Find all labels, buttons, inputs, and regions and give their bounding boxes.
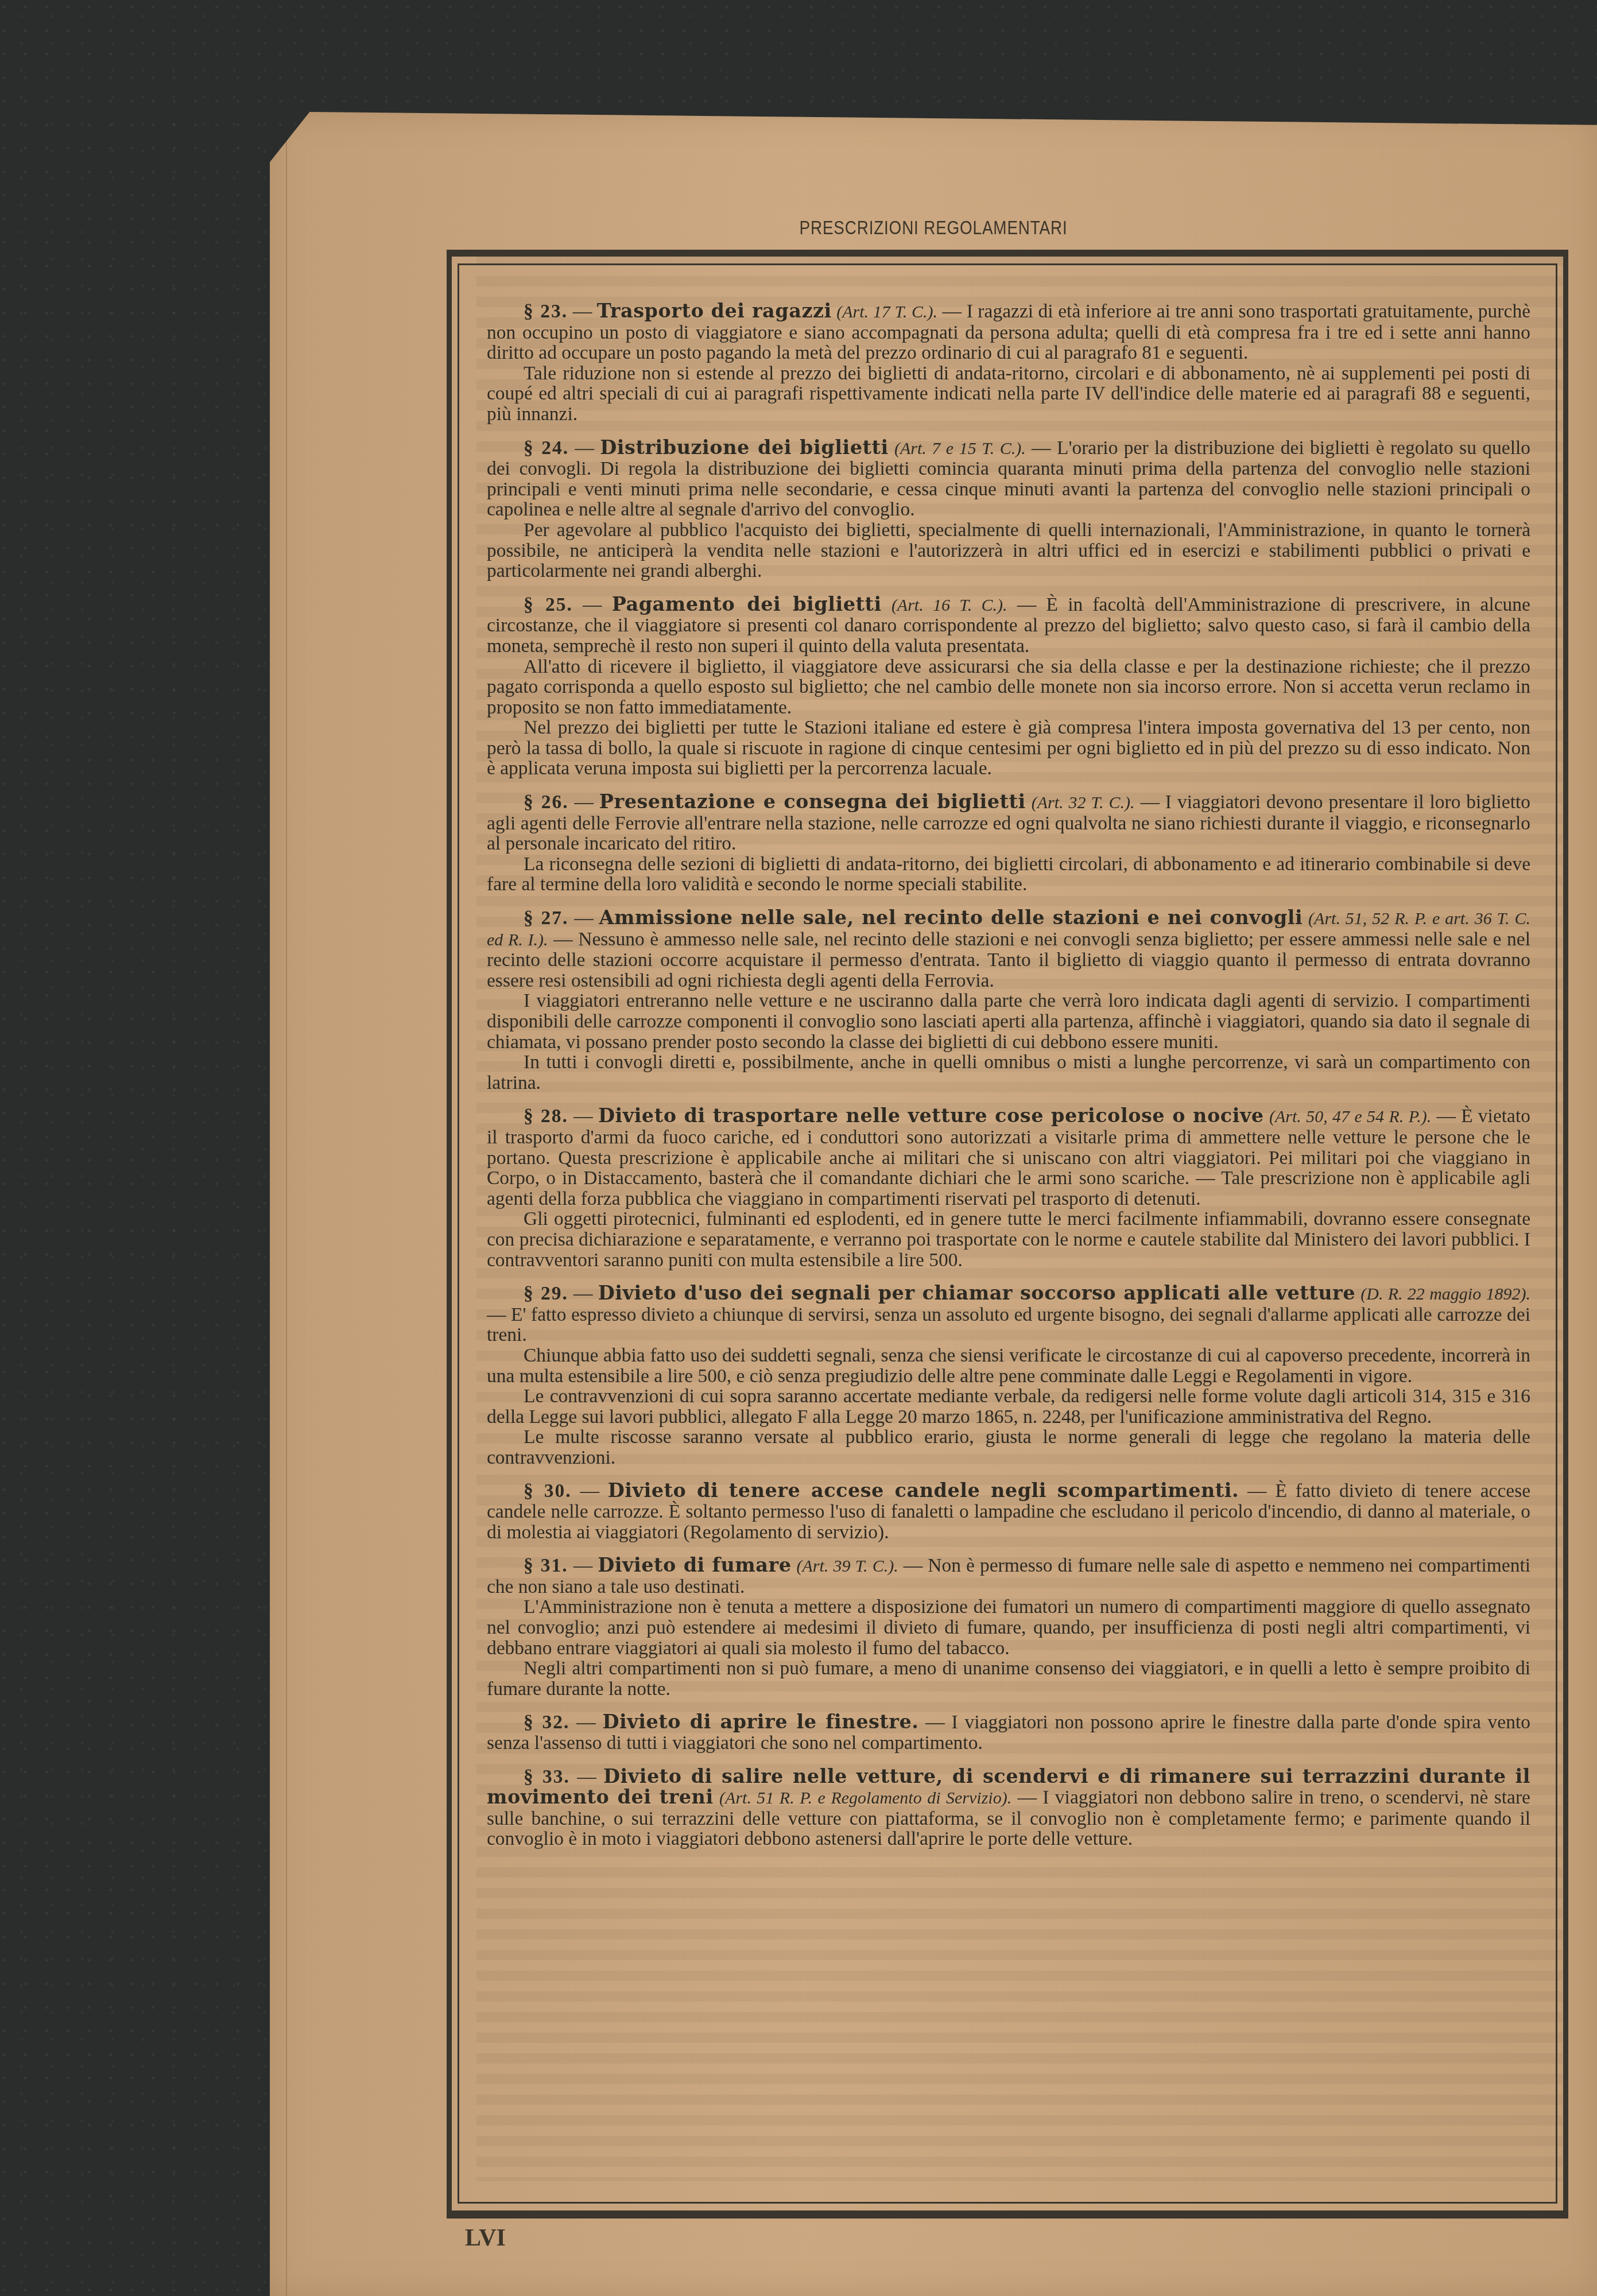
regulation-section: § 29. — Divieto d'uso dei segnali per ch… xyxy=(487,1283,1530,1468)
section-paragraph: I viaggiatori entreranno nelle vetture e… xyxy=(487,991,1530,1052)
section-number: § 24. xyxy=(524,437,569,459)
paragraph-text: I viaggiatori entreranno nelle vetture e… xyxy=(487,990,1530,1052)
regulation-section: § 26. — Presentazione e consegna dei big… xyxy=(487,792,1530,895)
section-number: § 25. xyxy=(524,594,573,615)
document-page: PRESCRIZIONI REGOLAMENTARI § 23. — Trasp… xyxy=(270,112,1597,2296)
section-lead-paragraph: § 32. — Divieto di aprire le finestre. —… xyxy=(487,1712,1530,1753)
section-title: Pagamento dei biglietti xyxy=(612,593,882,615)
section-number: § 27. xyxy=(524,907,568,929)
paragraph-text: La riconsegna delle sezioni di biglietti… xyxy=(487,854,1530,895)
page-number: LVI xyxy=(465,2224,506,2252)
regulation-section: § 32. — Divieto di aprire le finestre. —… xyxy=(487,1712,1530,1753)
section-paragraph: Chiunque abbia fatto uso dei suddetti se… xyxy=(487,1345,1530,1386)
section-citation: (Art. 51 R. P. e Regolamento di Servizio… xyxy=(719,1789,1011,1808)
section-title: Trasporto dei ragazzi xyxy=(597,300,832,322)
section-paragraph: Per agevolare al pubblico l'acquisto dei… xyxy=(487,520,1530,581)
section-citation: (Art. 7 e 15 T. C.). xyxy=(894,439,1026,458)
section-number: § 30. xyxy=(524,1480,572,1502)
section-paragraph: Nel prezzo dei biglietti per tutte le St… xyxy=(487,717,1530,779)
section-paragraph: In tutti i convogli diretti e, possibilm… xyxy=(487,1052,1530,1093)
paragraph-text: Tale riduzione non si estende al prezzo … xyxy=(487,363,1530,425)
section-paragraph: Negli altri compartimenti non si può fum… xyxy=(487,1658,1530,1699)
section-title: Divieto di tenere accese candele negli s… xyxy=(608,1479,1239,1502)
section-title: Divieto di aprire le finestre. xyxy=(603,1711,919,1733)
paragraph-text: All'atto di ricevere il biglietto, il vi… xyxy=(487,656,1530,718)
section-lead-paragraph: § 31. — Divieto di fumare (Art. 39 T. C.… xyxy=(487,1555,1530,1597)
section-paragraph: L'Amministrazione non è tenuta a mettere… xyxy=(487,1597,1530,1658)
paragraph-text: Chiunque abbia fatto uso dei suddetti se… xyxy=(487,1345,1530,1387)
regulation-section: § 33. — Divieto di salire nelle vetture,… xyxy=(487,1766,1530,1849)
regulation-section: § 25. — Pagamento dei biglietti (Art. 16… xyxy=(487,594,1530,779)
section-number: § 29. xyxy=(524,1283,568,1304)
section-lead-paragraph: § 28. — Divieto di trasportare nelle vet… xyxy=(487,1106,1530,1209)
section-number: § 32. xyxy=(524,1712,569,1733)
section-lead-paragraph: § 26. — Presentazione e consegna dei big… xyxy=(487,792,1530,854)
section-citation: (D. R. 22 maggio 1892). xyxy=(1360,1285,1530,1304)
section-title: Ammissione nelle sale, nel recinto delle… xyxy=(599,906,1303,929)
regulation-section: § 24. — Distribuzione dei biglietti (Art… xyxy=(487,437,1530,581)
text-frame-inner-rule: § 23. — Trasporto dei ragazzi (Art. 17 T… xyxy=(458,263,1557,2204)
section-lead-paragraph: § 30. — Divieto di tenere accese candele… xyxy=(487,1480,1530,1542)
paragraph-text: Le multe riscosse saranno versate al pub… xyxy=(487,1426,1530,1468)
section-citation: (Art. 50, 47 e 54 R. P.). xyxy=(1269,1107,1431,1126)
section-number: § 23. xyxy=(524,301,568,322)
section-lead-paragraph: § 33. — Divieto di salire nelle vetture,… xyxy=(487,1766,1530,1849)
regulation-section: § 28. — Divieto di trasportare nelle vet… xyxy=(487,1106,1530,1270)
section-lead-paragraph: § 24. — Distribuzione dei biglietti (Art… xyxy=(487,437,1530,520)
paragraph-text: E' fatto espresso divieto a chiunque di … xyxy=(487,1304,1530,1346)
regulation-section: § 27. — Ammissione nelle sale, nel recin… xyxy=(487,907,1530,1093)
regulation-section: § 31. — Divieto di fumare (Art. 39 T. C.… xyxy=(487,1555,1530,1699)
paragraph-text: L'Amministrazione non è tenuta a mettere… xyxy=(487,1596,1530,1658)
paragraph-text: Gli oggetti pirotecnici, fulminanti ed e… xyxy=(487,1208,1530,1270)
section-lead-paragraph: § 23. — Trasporto dei ragazzi (Art. 17 T… xyxy=(487,301,1530,363)
running-head: PRESCRIZIONI REGOLAMENTARI xyxy=(389,217,1478,239)
section-title: Presentazione e consegna dei biglietti xyxy=(599,790,1026,813)
section-paragraph: La riconsegna delle sezioni di biglietti… xyxy=(487,854,1530,895)
section-citation: (Art. 39 T. C.). xyxy=(797,1557,898,1576)
section-paragraph: Le contravvenzioni di cui sopra saranno … xyxy=(487,1386,1530,1427)
section-lead-paragraph: § 29. — Divieto d'uso dei segnali per ch… xyxy=(487,1283,1530,1345)
paragraph-text: Nel prezzo dei biglietti per tutte le St… xyxy=(487,717,1530,779)
section-title: Divieto d'uso dei segnali per chiamar so… xyxy=(598,1282,1355,1304)
section-number: § 28. xyxy=(524,1106,568,1127)
paragraph-text: Negli altri compartimenti non si può fum… xyxy=(487,1658,1530,1700)
section-number: § 31. xyxy=(524,1555,568,1576)
text-frame: § 23. — Trasporto dei ragazzi (Art. 17 T… xyxy=(447,250,1568,2219)
section-number: § 26. xyxy=(524,792,569,813)
section-paragraph: All'atto di ricevere il biglietto, il vi… xyxy=(487,657,1530,718)
paragraph-text: Le contravvenzioni di cui sopra saranno … xyxy=(487,1386,1530,1428)
paragraph-text: Per agevolare al pubblico l'acquisto dei… xyxy=(487,519,1530,581)
section-citation: (Art. 32 T. C.). xyxy=(1032,793,1135,812)
section-paragraph: Tale riduzione non si estende al prezzo … xyxy=(487,363,1530,425)
section-citation: (Art. 16 T. C.). xyxy=(891,596,1007,615)
regulation-section: § 30. — Divieto di tenere accese candele… xyxy=(487,1480,1530,1542)
section-paragraph: Gli oggetti pirotecnici, fulminanti ed e… xyxy=(487,1209,1530,1270)
section-title: Divieto di trasportare nelle vetture cos… xyxy=(598,1104,1264,1127)
section-title: Distribuzione dei biglietti xyxy=(600,436,888,459)
section-title: Divieto di fumare xyxy=(598,1554,791,1576)
section-lead-paragraph: § 27. — Ammissione nelle sale, nel recin… xyxy=(487,907,1530,991)
section-citation: (Art. 17 T. C.). xyxy=(836,302,937,321)
section-paragraph: Le multe riscosse saranno versate al pub… xyxy=(487,1427,1530,1468)
section-lead-paragraph: § 25. — Pagamento dei biglietti (Art. 16… xyxy=(487,594,1530,657)
regulation-section: § 23. — Trasporto dei ragazzi (Art. 17 T… xyxy=(487,301,1530,425)
regulations-body: § 23. — Trasporto dei ragazzi (Art. 17 T… xyxy=(487,301,1530,2179)
paragraph-text: Nessuno è ammesso nelle sale, nel recint… xyxy=(487,929,1530,991)
paragraph-text: In tutti i convogli diretti e, possibilm… xyxy=(487,1052,1530,1093)
section-number: § 33. xyxy=(524,1766,570,1787)
